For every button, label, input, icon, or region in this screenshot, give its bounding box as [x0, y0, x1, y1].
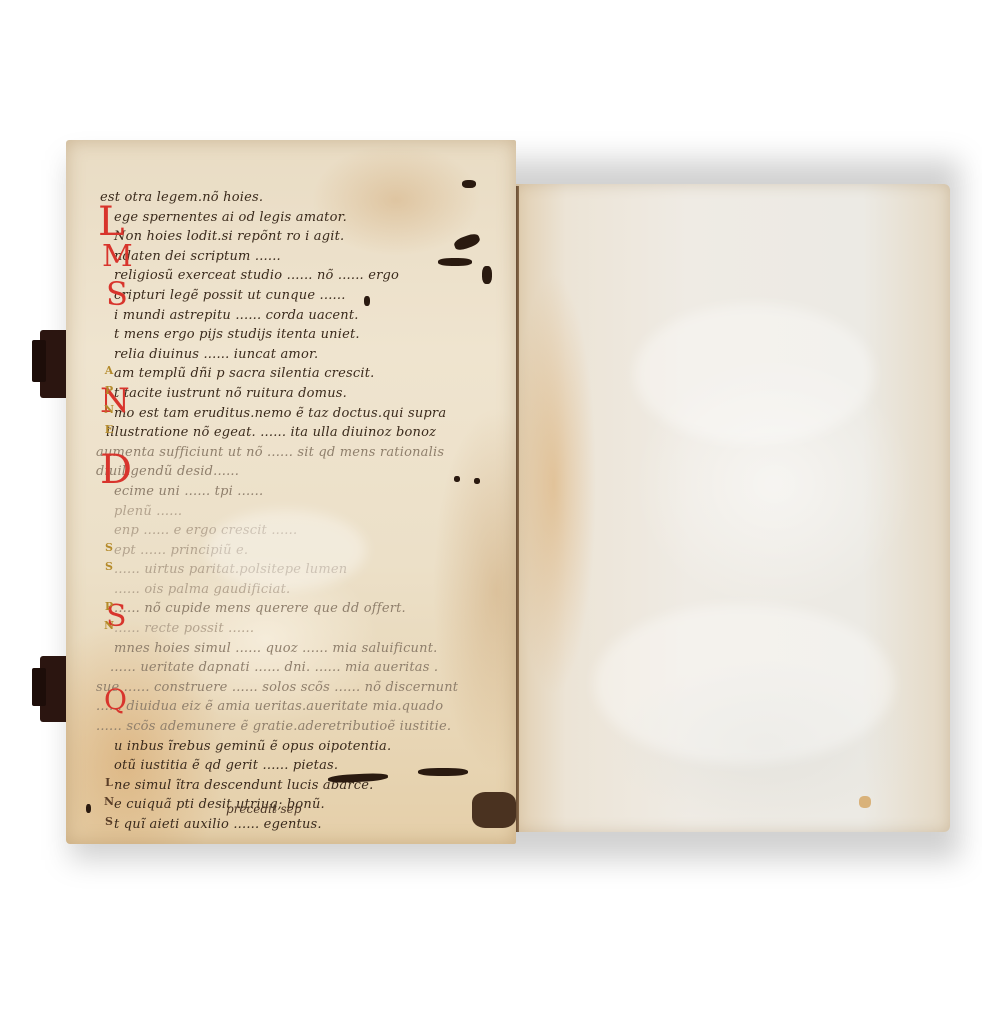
minor-initial: S [102, 815, 116, 828]
minor-initial: A [102, 364, 116, 377]
text-line: illustratione nõ egeat. ...... ita ulla … [100, 423, 510, 443]
parchment-crease [206, 510, 366, 590]
damage-hole [454, 476, 460, 482]
damage-hole [86, 804, 91, 813]
minor-initial: N [102, 795, 116, 808]
damage-hole [418, 768, 468, 776]
spot-stain [859, 796, 871, 808]
text-line: ecime uni ...... tpi ...... [100, 482, 510, 502]
clasp-bottom-tab [32, 668, 46, 706]
text-line: mo est tam eruditus.nemo ẽ taz doctus.qu… [100, 404, 510, 424]
rubric-initial-m: M [102, 242, 133, 272]
text-line: sue ...... construere ...... solos scõs … [100, 678, 510, 698]
damage-hole [364, 296, 370, 306]
text-line: t tacite iustrunt nõ ruitura domus. [100, 384, 510, 404]
text-line: est otra legem.nõ hoies. [100, 188, 510, 208]
minor-initial: N [102, 619, 116, 632]
damage-hole [472, 792, 516, 828]
right-page-blank [514, 184, 950, 832]
text-line: am templũ dñi p sacra silentia crescit. [100, 364, 510, 384]
damage-hole [474, 478, 480, 484]
text-line: relia diuinus ...... iuncat amor. [100, 345, 510, 365]
text-line: e cuiquã pti desit utriuq; bonũ. [100, 795, 510, 815]
minor-initial: S [102, 560, 116, 573]
damage-hole [462, 180, 476, 188]
minor-initial: P [102, 384, 116, 397]
text-line: mnes hoies simul ...... quoz ...... mia … [100, 639, 510, 659]
text-line: u inbus ĩrebus geminũ ẽ opus oipotentia. [100, 737, 510, 757]
text-line: ...... scõs ademunere ẽ gratie.aderetrib… [100, 717, 510, 737]
damage-hole [438, 258, 472, 266]
text-line: cripturi legẽ possit ut cunque ...... [100, 286, 510, 306]
minor-initial: P [102, 600, 116, 613]
manuscript-photo: est otra legem.nõ hoies. ege spernentes … [0, 0, 982, 1024]
minor-initial: L [102, 776, 116, 789]
text-line: aumenta sufficiunt ut nõ ...... sit qd m… [100, 443, 510, 463]
text-line: religiosũ exerceat studio ...... nõ ....… [100, 266, 510, 286]
text-line: i mundi astrepitu ...... corda uacent. [100, 306, 510, 326]
text-line: ...... diuidua eiz ẽ amia ueritas.auerit… [100, 697, 510, 717]
minor-initial: N [102, 403, 116, 416]
minor-initial: S [102, 541, 116, 554]
parchment-wrinkle [594, 604, 894, 764]
text-line: ne simul ĩtra descendunt lucis abarce. [100, 776, 510, 796]
clasp-top-tab [32, 340, 46, 382]
rubric-initial-s: S [106, 278, 128, 310]
text-line: t quĩ aieti auxilio ...... egentus. [100, 815, 510, 835]
minor-initial: E [102, 423, 116, 436]
left-page-text: est otra legem.nõ hoies. ege spernentes … [66, 140, 516, 844]
text-line: ege spernentes ai od legis amator. [100, 208, 510, 228]
text-line: t mens ergo pijs studijs itenta uniet. [100, 325, 510, 345]
text-line: ...... recte possit ...... [100, 619, 510, 639]
damage-hole [482, 266, 492, 284]
rubric-initial-d: D [100, 450, 132, 490]
catchword: precedit sep [226, 802, 301, 816]
text-line: Non hoies lodit.si repõnt ro i agit. [100, 227, 510, 247]
text-line: ...... nõ cupide mens querere que dd off… [100, 599, 510, 619]
rubric-initial-q: Q [104, 686, 127, 714]
text-line: ...... ueritate dapnati ...... dni. ....… [100, 658, 510, 678]
parchment-wrinkle [634, 304, 874, 444]
rubric-initial-l: L [98, 202, 125, 242]
text-line: diuiligendũ desid...... [100, 462, 510, 482]
